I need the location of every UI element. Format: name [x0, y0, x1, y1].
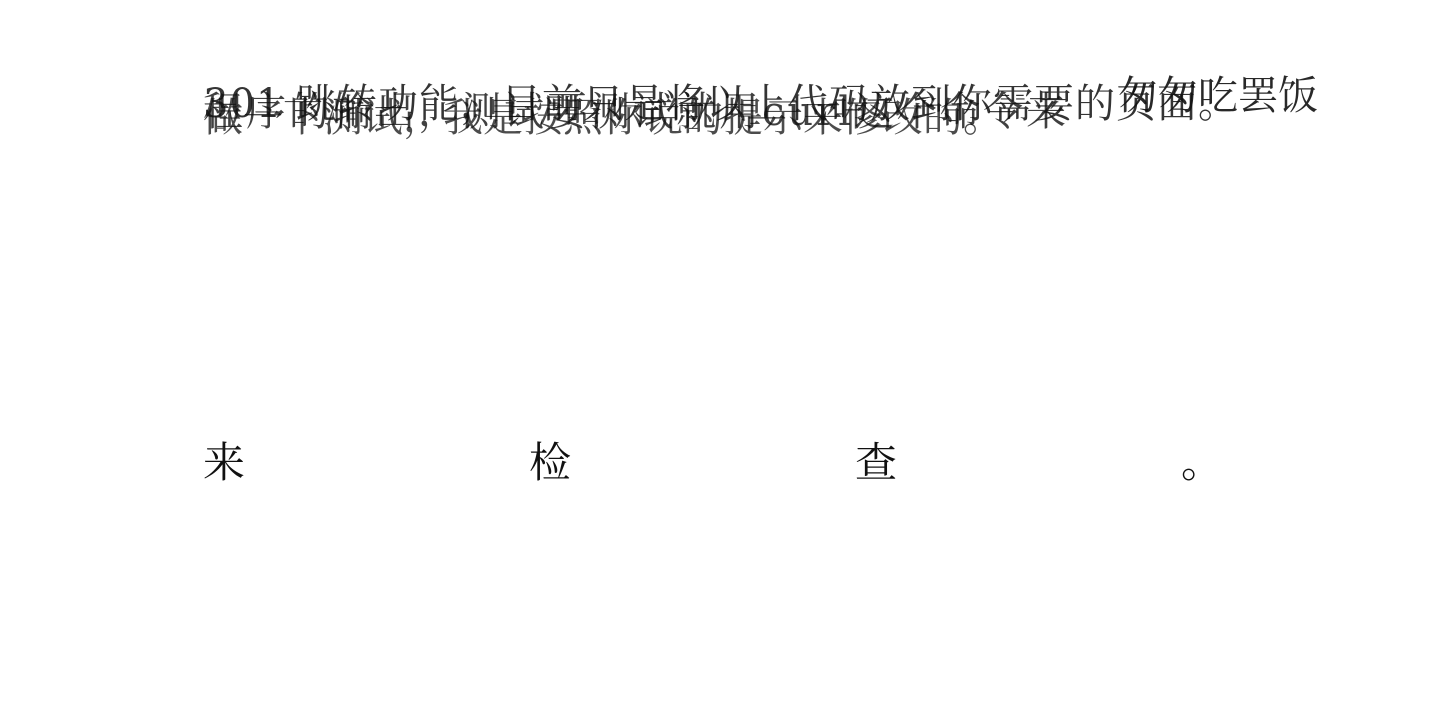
spaced-text-line: 来 检 查 。 [203, 430, 1223, 490]
char-jian: 检 [529, 430, 571, 490]
char-lai: 来 [203, 430, 245, 490]
overlapping-text-line-3: 做一下测试，我是按照你说的提示来修改的。 [203, 98, 1003, 138]
char-cha: 查 [855, 430, 897, 490]
right-text-fragment: 匆匆吃罢饭 [1118, 76, 1318, 116]
char-period: 。 [1181, 430, 1223, 490]
